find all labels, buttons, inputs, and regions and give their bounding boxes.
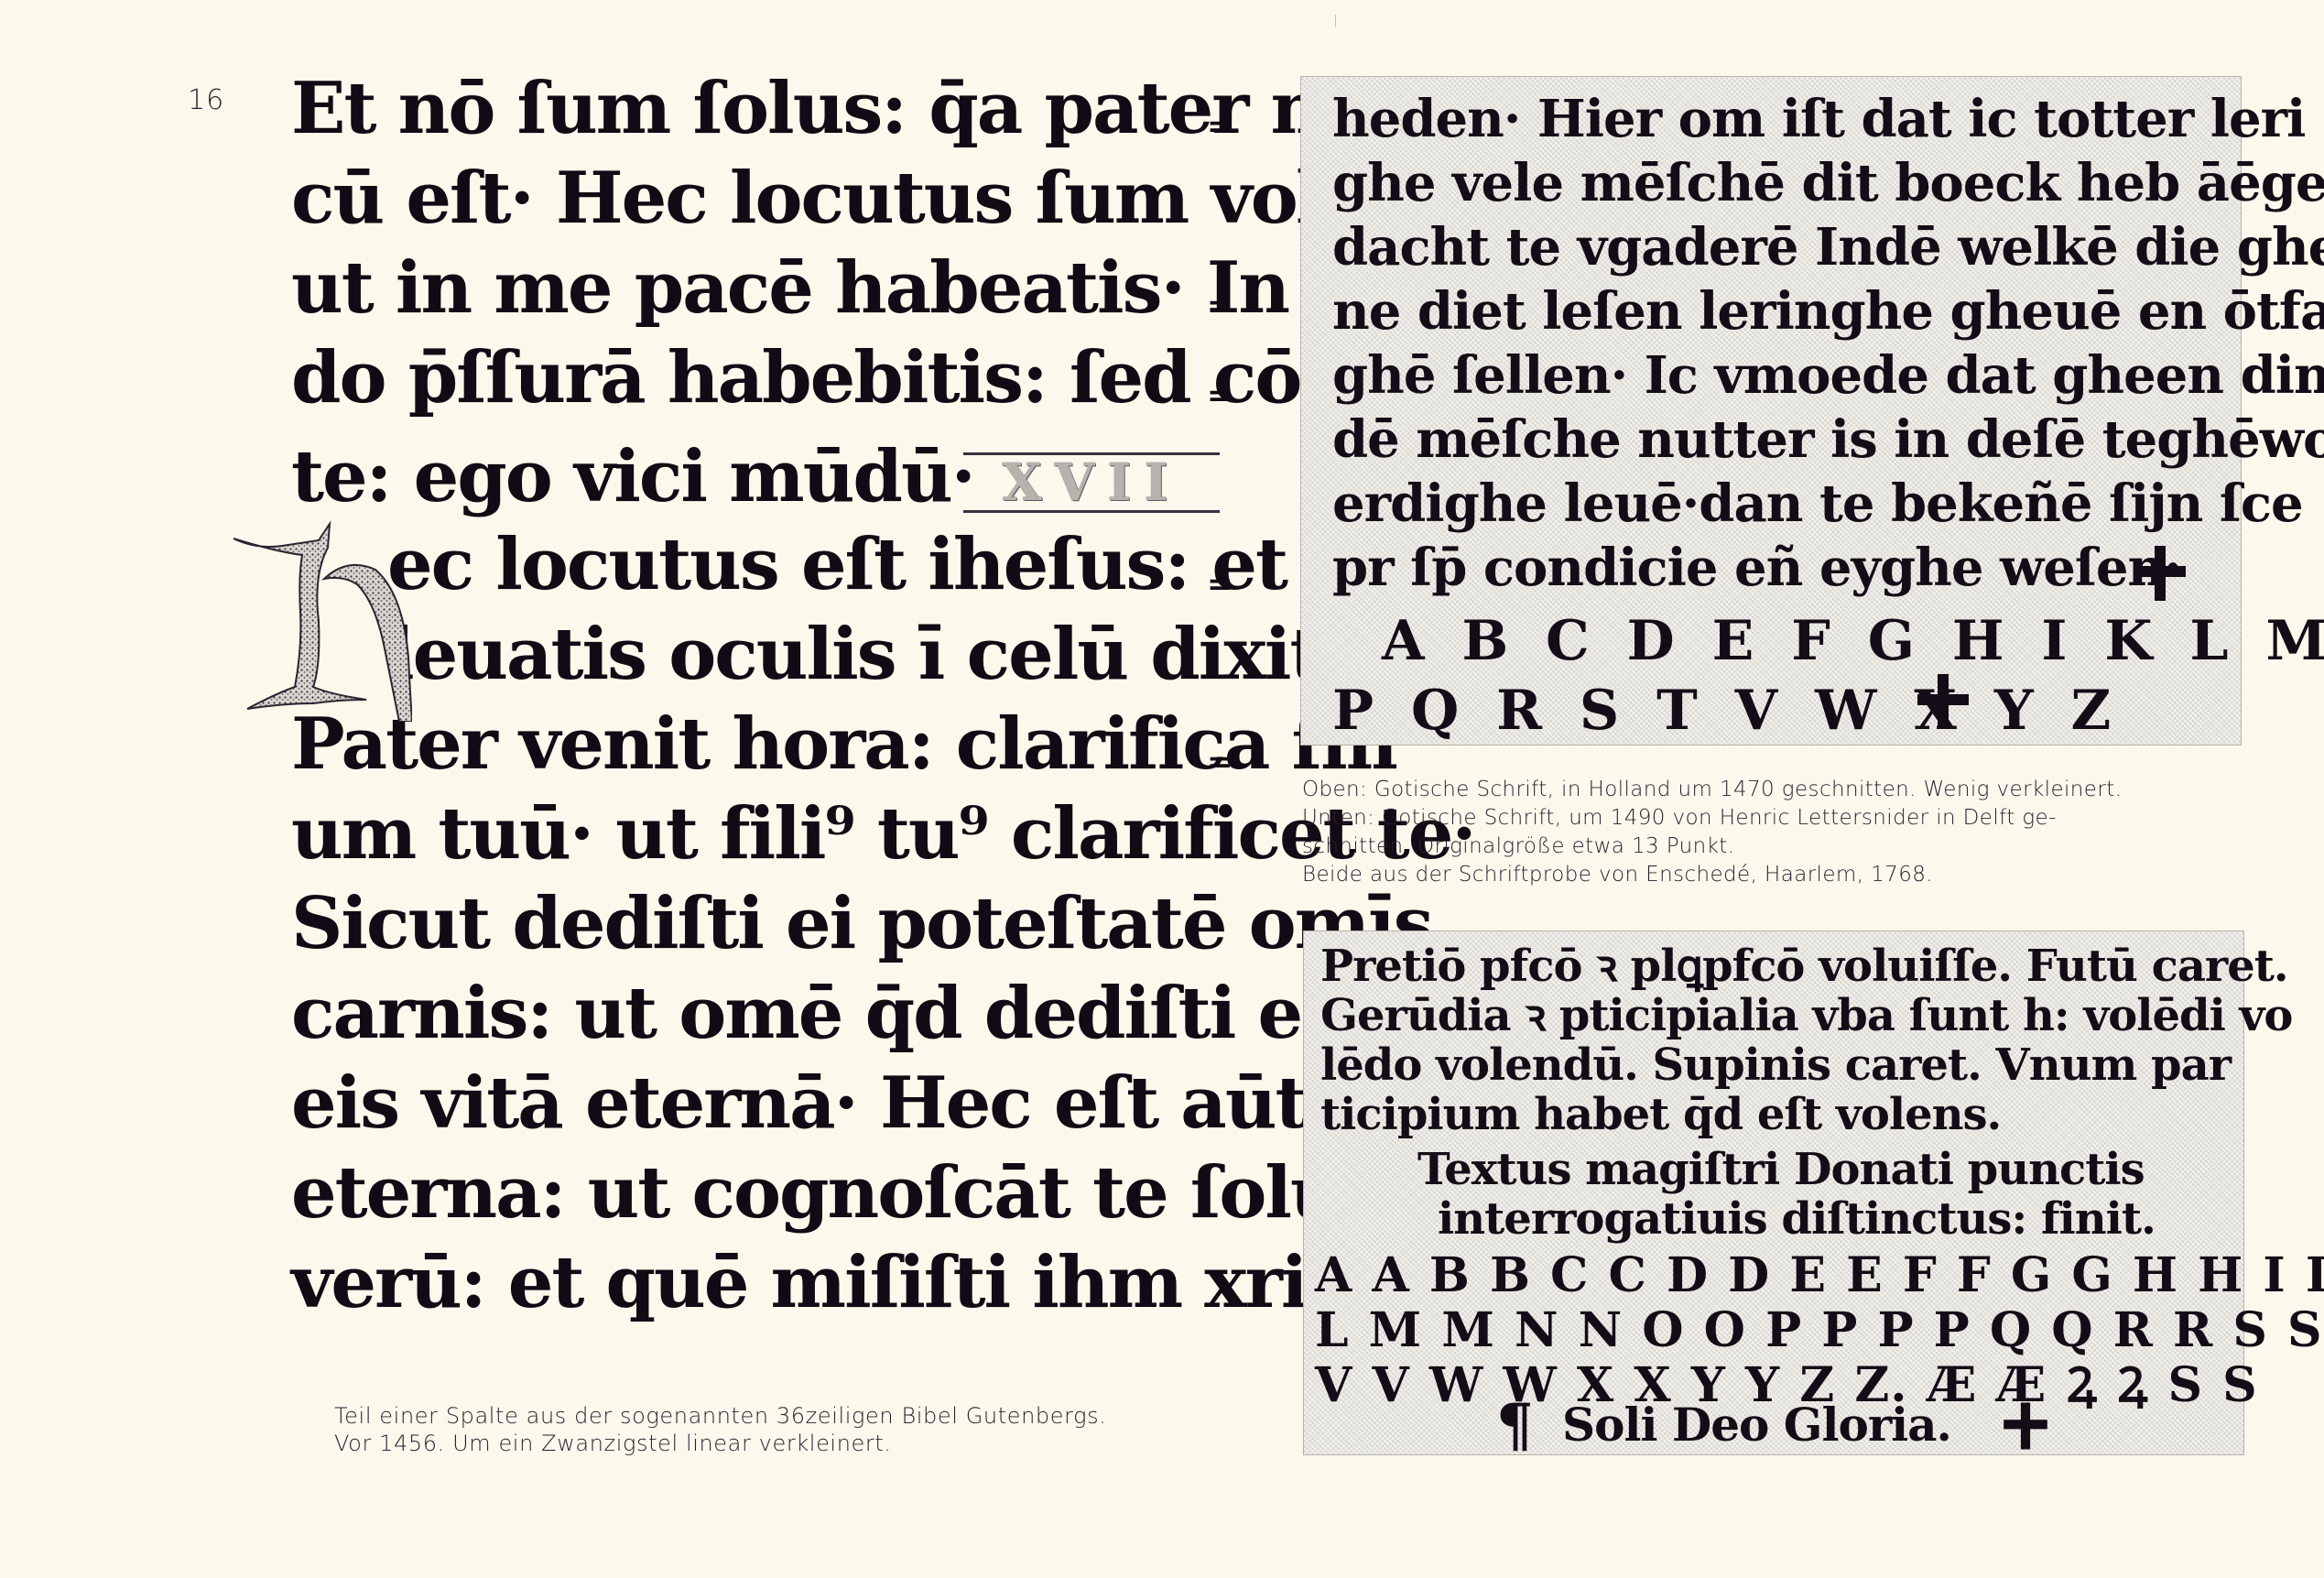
bible-line: um tuū· ut fili⁹ tu⁹ clarificet te· [291, 799, 1475, 870]
caption-gutenberg: Teil einer Spalte aus der sogenannten 36… [334, 1402, 1268, 1457]
specimen-line: lēdo volendū. Supinis caret. Vnum par [1320, 1043, 2231, 1087]
specimen-line: interrogatiuis diſtinctus: finit. [1438, 1197, 2156, 1241]
specimen-line: Gerūdia ꝛ pticipialia vba ſunt h: volēdi… [1320, 994, 2292, 1038]
illuminated-initial-icon [229, 520, 412, 722]
specimen-line: Pretiō pfcō ꝛ plꝗpfcō voluiſſe. Futū car… [1320, 944, 2288, 988]
alphabet-row: A A B B C C D D E E F F G G H H I I K K … [1315, 1252, 2324, 1300]
closing-line: Soli Deo Gloria. [1562, 1402, 1951, 1448]
specimen-line: ghē ſellen· Ic vmoede dat gheen dinc [1332, 350, 2324, 401]
specimen-line: dacht te vgaderē Indē welkē die ghe [1332, 222, 2324, 273]
gutter-mark [1335, 15, 1336, 27]
bible-line: verū: et quē miſiſti ihm xriſtū· [291, 1247, 1439, 1319]
alphabet-row: A B C D E F G H I K L M N O [1382, 614, 2324, 669]
specimen-line: dē mēſche nutter is in deſē teghēwo [1332, 414, 2324, 465]
specimen-line: ne diet leſen leringhe gheuē en ōtfan [1332, 286, 2324, 337]
caption-line: schnitten. Originalgröße etwa 13 Punkt. [1302, 833, 2245, 861]
dutch-gothic-specimen: heden· Hier om iſt dat ic totter leri gh… [1300, 76, 2242, 745]
donatus-specimen: Pretiō pfcō ꝛ plꝗpfcō voluiſſe. Futū car… [1303, 930, 2244, 1455]
pilcrow-icon: ¶ [1496, 1397, 1534, 1455]
specimen-line: Textus magiſtri Donati punctis [1417, 1148, 2145, 1192]
line-break-hyphen: = [1207, 108, 1233, 145]
bible-line: carnis: ut omē q̄d dediſti ei det [291, 978, 1472, 1050]
line-break-hyphen: = [1207, 288, 1233, 324]
bible-line: eis vitā eternā· Hec eſt aūt vita [291, 1068, 1470, 1139]
line-break-hyphen: = [1207, 566, 1233, 603]
caption-line: Vor 1456. Um ein Zwanzigstel linear verk… [334, 1430, 1268, 1457]
specimen-line: heden· Hier om iſt dat ic totter leri [1332, 93, 2305, 145]
alphabet-row: L M M N N O O P P P P Q Q R R S S T T [1315, 1307, 2324, 1355]
bible-line: te: ego vici mūdū· [291, 441, 974, 513]
bible-line: cū eſt· Hec locutus ſum vobis: [291, 163, 1433, 234]
specimen-line: ghe vele mēſchē dit boeck heb āēge [1332, 158, 2324, 209]
cross-icon [2004, 1403, 2047, 1450]
line-break-hyphen: = [1207, 377, 1233, 414]
specimen-line: ticipium habet q̄d eſt volens. [1320, 1093, 2001, 1137]
line-break-hyphen: = [1207, 744, 1233, 780]
caption-line: Teil einer Spalte aus der sogenannten 36… [334, 1402, 1268, 1430]
caption-specimens: Oben: Gotische Schrift, in Holland um 14… [1302, 776, 2245, 889]
bible-line: Sicut dediſti ei poteſtatē omīs [291, 888, 1432, 960]
caption-line: Oben: Gotische Schrift, in Holland um 14… [1302, 776, 2245, 804]
chapter-number: XVII [963, 452, 1220, 513]
cross-icon [2134, 546, 2186, 601]
specimen-line: pr ſp̄ condicie eñ eyghe weſen· [1332, 542, 2181, 593]
bible-line: do p̄ſſurā habebitis: ſed cōfidi [291, 343, 1428, 414]
caption-line: Beide aus der Schriftprobe von Enschedé,… [1302, 861, 2245, 889]
specimen-line: erdighe leuē·dan te bekeñē ſijn ſce [1332, 478, 2303, 529]
alphabet-row: P Q R S T V W X Y Z [1332, 683, 2120, 738]
gutenberg-bible-excerpt: Et nō ſum ſolus: q̄a pater me cū eſt· He… [291, 71, 1234, 1354]
bible-line: ut in me pacē habeatis· In mū [291, 253, 1436, 324]
caption-line: Unten: Gotische Schrift, um 1490 von Hen… [1302, 804, 2245, 833]
cross-icon [1917, 674, 1969, 729]
bible-line: ec locutus eſt iheſus: et ſb [387, 529, 1386, 601]
page-number: 16 [188, 84, 224, 116]
bible-line: leuatis oculis ī celū dixit· [387, 619, 1344, 691]
